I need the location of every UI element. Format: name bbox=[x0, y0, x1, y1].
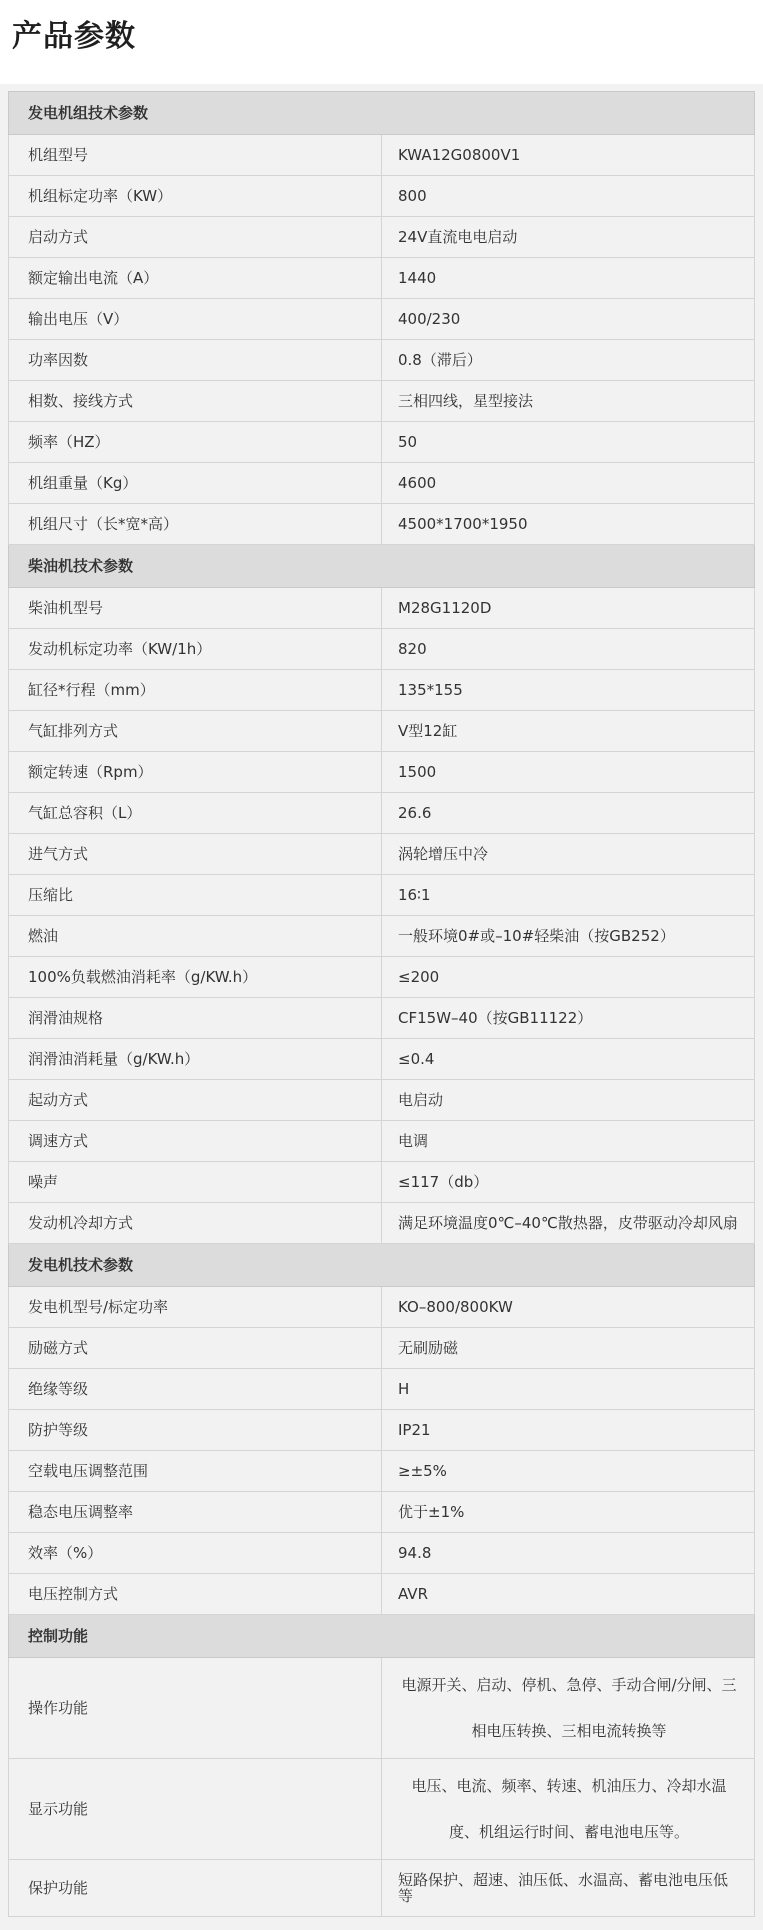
spec-value: IP21 bbox=[382, 1410, 755, 1451]
title-block: 产品参数 bbox=[0, 0, 763, 84]
spec-value: H bbox=[382, 1369, 755, 1410]
table-row: 空载电压调整范围≥±5% bbox=[9, 1451, 755, 1492]
spec-label: 相数、接线方式 bbox=[9, 381, 382, 422]
spec-value: AVR bbox=[382, 1574, 755, 1615]
spec-value: 16∶1 bbox=[382, 875, 755, 916]
spec-value: 电调 bbox=[382, 1121, 755, 1162]
section-header: 柴油机技术参数 bbox=[9, 545, 755, 588]
table-row: 保护功能短路保护、超速、油压低、水温高、蓄电池电压低等 bbox=[9, 1860, 755, 1917]
table-row: 额定转速（Rpm）1500 bbox=[9, 752, 755, 793]
spec-value: 400/230 bbox=[382, 299, 755, 340]
spec-label: 输出电压（V） bbox=[9, 299, 382, 340]
table-row: 机组重量（Kg）4600 bbox=[9, 463, 755, 504]
table-row: 励磁方式无刷励磁 bbox=[9, 1328, 755, 1369]
table-row: 操作功能电源开关、启动、停机、急停、手动合闸/分闸、三相电压转换、三相电流转换等 bbox=[9, 1658, 755, 1759]
table-row: 调速方式电调 bbox=[9, 1121, 755, 1162]
spec-value: 4600 bbox=[382, 463, 755, 504]
table-row: 机组型号KWA12G0800V1 bbox=[9, 135, 755, 176]
spec-label: 启动方式 bbox=[9, 217, 382, 258]
spec-value: KO–800/800KW bbox=[382, 1287, 755, 1328]
table-row: 输出电压（V）400/230 bbox=[9, 299, 755, 340]
spec-label: 励磁方式 bbox=[9, 1328, 382, 1369]
spec-value: 涡轮增压中冷 bbox=[382, 834, 755, 875]
spec-label: 稳态电压调整率 bbox=[9, 1492, 382, 1533]
spec-label: 电压控制方式 bbox=[9, 1574, 382, 1615]
table-row: 气缸总容积（L）26.6 bbox=[9, 793, 755, 834]
spec-label: 润滑油消耗量（g/KW.h） bbox=[9, 1039, 382, 1080]
spec-value: 820 bbox=[382, 629, 755, 670]
spec-value: 电压、电流、频率、转速、机油压力、冷却水温度、机组运行时间、蓄电池电压等。 bbox=[382, 1759, 755, 1860]
spec-value: 三相四线，星型接法 bbox=[382, 381, 755, 422]
spec-label: 起动方式 bbox=[9, 1080, 382, 1121]
table-row: 压缩比16∶1 bbox=[9, 875, 755, 916]
table-row: 起动方式电启动 bbox=[9, 1080, 755, 1121]
spec-value: 800 bbox=[382, 176, 755, 217]
spec-value: 优于±1% bbox=[382, 1492, 755, 1533]
spec-label: 防护等级 bbox=[9, 1410, 382, 1451]
section-header-row: 发电机组技术参数 bbox=[9, 92, 755, 135]
spec-label: 100%负载燃油消耗率（g/KW.h） bbox=[9, 957, 382, 998]
spec-value: 1500 bbox=[382, 752, 755, 793]
spec-label: 额定输出电流（A） bbox=[9, 258, 382, 299]
spec-value: M28G1120D bbox=[382, 588, 755, 629]
section-header: 发电机技术参数 bbox=[9, 1244, 755, 1287]
table-row: 显示功能电压、电流、频率、转速、机油压力、冷却水温度、机组运行时间、蓄电池电压等… bbox=[9, 1759, 755, 1860]
spec-label: 功率因数 bbox=[9, 340, 382, 381]
spec-value: 0.8（滞后） bbox=[382, 340, 755, 381]
spec-label: 频率（HZ） bbox=[9, 422, 382, 463]
spec-label: 发电机型号/标定功率 bbox=[9, 1287, 382, 1328]
spec-value: V型12缸 bbox=[382, 711, 755, 752]
section-header-row: 发电机技术参数 bbox=[9, 1244, 755, 1287]
section-header: 控制功能 bbox=[9, 1615, 755, 1658]
spec-value: 135*155 bbox=[382, 670, 755, 711]
spec-value: 电启动 bbox=[382, 1080, 755, 1121]
spec-label: 调速方式 bbox=[9, 1121, 382, 1162]
spec-table: 发电机组技术参数机组型号KWA12G0800V1机组标定功率（KW）800启动方… bbox=[8, 91, 755, 1917]
spec-value: ≤117（db） bbox=[382, 1162, 755, 1203]
spec-label: 压缩比 bbox=[9, 875, 382, 916]
spec-value: 无刷励磁 bbox=[382, 1328, 755, 1369]
table-row: 稳态电压调整率优于±1% bbox=[9, 1492, 755, 1533]
spec-value: CF15W–40（按GB11122） bbox=[382, 998, 755, 1039]
table-row: 噪声≤117（db） bbox=[9, 1162, 755, 1203]
spec-label: 发动机冷却方式 bbox=[9, 1203, 382, 1244]
table-row: 润滑油规格CF15W–40（按GB11122） bbox=[9, 998, 755, 1039]
table-row: 发电机型号/标定功率KO–800/800KW bbox=[9, 1287, 755, 1328]
spec-label: 机组标定功率（KW） bbox=[9, 176, 382, 217]
spec-label: 效率（%） bbox=[9, 1533, 382, 1574]
spec-value: 24V直流电电启动 bbox=[382, 217, 755, 258]
page-title: 产品参数 bbox=[12, 20, 751, 54]
spec-label: 燃油 bbox=[9, 916, 382, 957]
table-row: 额定输出电流（A）1440 bbox=[9, 258, 755, 299]
spec-value: ≤0.4 bbox=[382, 1039, 755, 1080]
product-parameters-page: 产品参数 发电机组技术参数机组型号KWA12G0800V1机组标定功率（KW）8… bbox=[0, 0, 763, 1930]
spec-label: 机组重量（Kg） bbox=[9, 463, 382, 504]
spec-label: 绝缘等级 bbox=[9, 1369, 382, 1410]
table-row: 润滑油消耗量（g/KW.h）≤0.4 bbox=[9, 1039, 755, 1080]
spec-value: 50 bbox=[382, 422, 755, 463]
table-row: 100%负载燃油消耗率（g/KW.h）≤200 bbox=[9, 957, 755, 998]
table-row: 频率（HZ）50 bbox=[9, 422, 755, 463]
table-row: 发动机冷却方式满足环境温度0℃–40℃散热器，皮带驱动冷却风扇 bbox=[9, 1203, 755, 1244]
spec-value: KWA12G0800V1 bbox=[382, 135, 755, 176]
table-row: 机组尺寸（长*宽*高）4500*1700*1950 bbox=[9, 504, 755, 545]
spec-value: 一般环境0#或–10#轻柴油（按GB252） bbox=[382, 916, 755, 957]
table-row: 进气方式涡轮增压中冷 bbox=[9, 834, 755, 875]
section-header: 发电机组技术参数 bbox=[9, 92, 755, 135]
table-row: 功率因数0.8（滞后） bbox=[9, 340, 755, 381]
table-row: 电压控制方式AVR bbox=[9, 1574, 755, 1615]
table-row: 绝缘等级H bbox=[9, 1369, 755, 1410]
spec-value: 26.6 bbox=[382, 793, 755, 834]
table-row: 发动机标定功率（KW/1h）820 bbox=[9, 629, 755, 670]
section-header-row: 控制功能 bbox=[9, 1615, 755, 1658]
spec-label: 保护功能 bbox=[9, 1860, 382, 1917]
spec-label: 缸径*行程（mm） bbox=[9, 670, 382, 711]
spec-label: 机组尺寸（长*宽*高） bbox=[9, 504, 382, 545]
spec-label: 气缸排列方式 bbox=[9, 711, 382, 752]
spec-table-area: 发电机组技术参数机组型号KWA12G0800V1机组标定功率（KW）800启动方… bbox=[0, 84, 763, 1930]
table-row: 启动方式24V直流电电启动 bbox=[9, 217, 755, 258]
spec-label: 气缸总容积（L） bbox=[9, 793, 382, 834]
spec-label: 空载电压调整范围 bbox=[9, 1451, 382, 1492]
spec-label: 进气方式 bbox=[9, 834, 382, 875]
spec-value: 94.8 bbox=[382, 1533, 755, 1574]
spec-value: ≥±5% bbox=[382, 1451, 755, 1492]
spec-label: 机组型号 bbox=[9, 135, 382, 176]
spec-label: 发动机标定功率（KW/1h） bbox=[9, 629, 382, 670]
spec-label: 噪声 bbox=[9, 1162, 382, 1203]
spec-label: 润滑油规格 bbox=[9, 998, 382, 1039]
spec-table-body: 发电机组技术参数机组型号KWA12G0800V1机组标定功率（KW）800启动方… bbox=[9, 92, 755, 1917]
table-row: 缸径*行程（mm）135*155 bbox=[9, 670, 755, 711]
spec-value: 短路保护、超速、油压低、水温高、蓄电池电压低等 bbox=[382, 1860, 755, 1917]
spec-value: 4500*1700*1950 bbox=[382, 504, 755, 545]
spec-value: 满足环境温度0℃–40℃散热器，皮带驱动冷却风扇 bbox=[382, 1203, 755, 1244]
section-header-row: 柴油机技术参数 bbox=[9, 545, 755, 588]
spec-value: 1440 bbox=[382, 258, 755, 299]
spec-label: 额定转速（Rpm） bbox=[9, 752, 382, 793]
table-row: 机组标定功率（KW）800 bbox=[9, 176, 755, 217]
spec-value: 电源开关、启动、停机、急停、手动合闸/分闸、三相电压转换、三相电流转换等 bbox=[382, 1658, 755, 1759]
table-row: 防护等级IP21 bbox=[9, 1410, 755, 1451]
spec-label: 操作功能 bbox=[9, 1658, 382, 1759]
spec-label: 显示功能 bbox=[9, 1759, 382, 1860]
spec-value: ≤200 bbox=[382, 957, 755, 998]
spec-label: 柴油机型号 bbox=[9, 588, 382, 629]
table-row: 燃油一般环境0#或–10#轻柴油（按GB252） bbox=[9, 916, 755, 957]
table-row: 相数、接线方式三相四线，星型接法 bbox=[9, 381, 755, 422]
table-row: 柴油机型号M28G1120D bbox=[9, 588, 755, 629]
table-row: 效率（%）94.8 bbox=[9, 1533, 755, 1574]
table-row: 气缸排列方式V型12缸 bbox=[9, 711, 755, 752]
